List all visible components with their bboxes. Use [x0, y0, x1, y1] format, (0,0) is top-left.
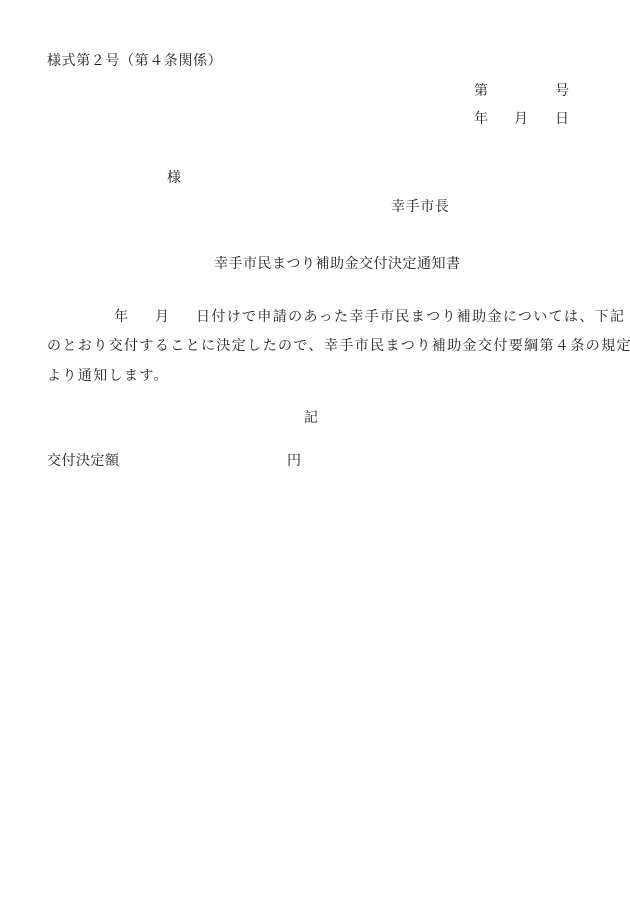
- addressee-honorific: 様: [167, 170, 181, 186]
- doc-number-prefix: 第: [474, 83, 488, 99]
- body-application-month-label: 月: [155, 309, 169, 325]
- form-number: 様式第２号（第４条関係）: [47, 53, 222, 69]
- date-month-label: 月: [514, 111, 528, 127]
- body-text-line-2: のとおり交付することに決定したので、幸手市民まつり補助金交付要綱第４条の規定に: [47, 338, 630, 354]
- ki-heading: 記: [304, 410, 318, 426]
- doc-number-suffix: 号: [555, 83, 569, 99]
- grant-amount-label: 交付決定額: [47, 453, 120, 469]
- document-page: 様式第２号（第４条関係） 第 号 年 月 日 様 幸手市長 幸手市民まつり補助金…: [0, 0, 630, 903]
- body-text-line-3: より通知します。: [47, 368, 169, 384]
- date-year-label: 年: [474, 111, 488, 127]
- issuer-name: 幸手市長: [391, 199, 449, 215]
- grant-amount-unit: 円: [287, 453, 301, 469]
- date-day-label: 日: [555, 111, 569, 127]
- document-title: 幸手市民まつり補助金交付決定通知書: [214, 256, 461, 272]
- body-text-line-1: 日付けで申請のあった幸手市民まつり補助金については、下記: [196, 309, 625, 325]
- body-application-year-label: 年: [114, 309, 128, 325]
